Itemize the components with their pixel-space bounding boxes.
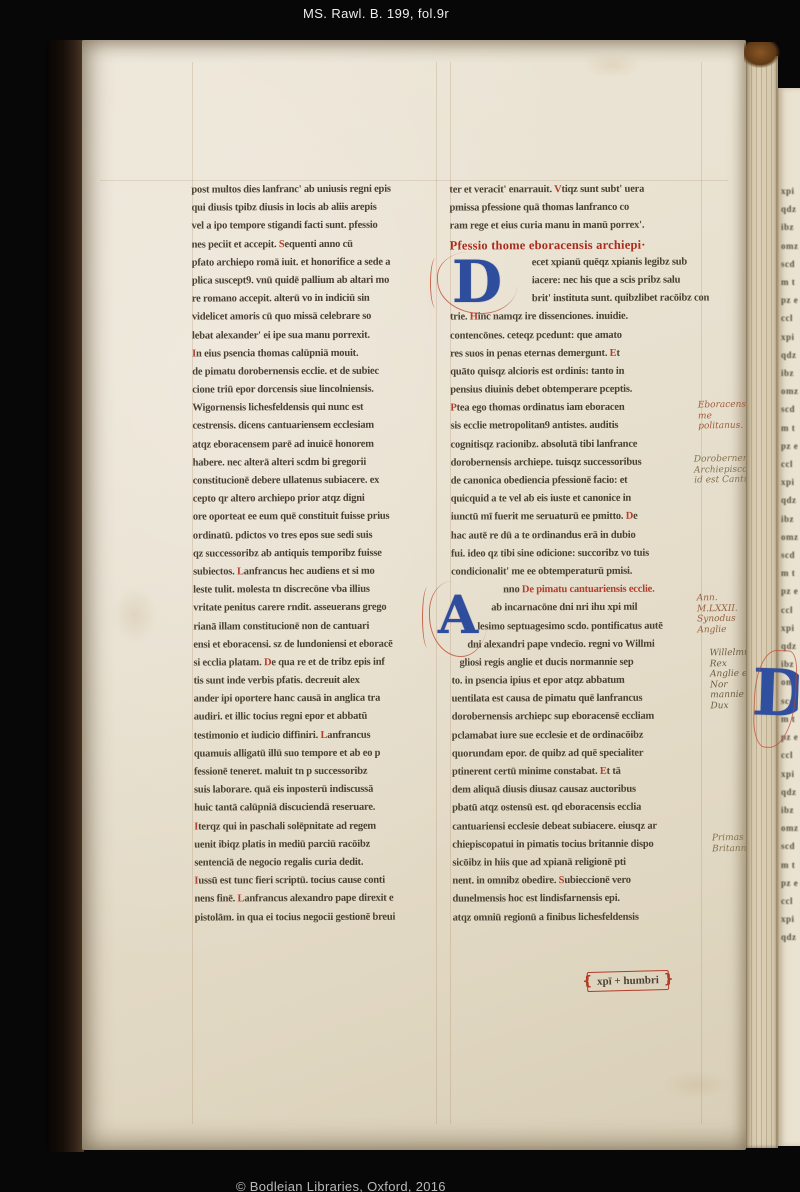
copyright-caption: © Bodleian Libraries, Oxford, 2016: [236, 1179, 446, 1192]
manuscript-line: plica suscept9. vnū quidē pallium ab alt…: [192, 271, 438, 290]
manuscript-line: quicquid a te vel ab eis iuste et canoni…: [451, 490, 703, 509]
manuscript-line: habere. nec alterā alteri scdm bi gregor…: [193, 453, 439, 472]
manuscript-line: post multos dies lanfranc' ab uniusis re…: [191, 180, 437, 199]
manuscript-line: uenit ibiqz platis in mediū parciū racōi…: [194, 835, 440, 854]
manuscript-line: res suos in penas eternas demergunt. Et: [450, 344, 702, 363]
manuscript-line: subiectos. Lanfrancus hec audiens et si …: [193, 562, 439, 581]
manuscript-line: cantuariensi ecclesie debeat subiacere. …: [452, 817, 704, 836]
manuscript-line: pclamabat iure sue ecclesie et de ordina…: [452, 726, 704, 745]
manuscript-page: post multos dies lanfranc' ab uniusis re…: [82, 40, 746, 1150]
manuscript-line: nes peciit et accepit. Sequenti anno cū: [192, 235, 438, 254]
manuscript-line: ensi et eboracensi. sz de lundoniensi et…: [193, 635, 439, 654]
manuscript-line: gliosi regis anglie et ducis normannie s…: [451, 653, 703, 672]
manuscript-line: de pimatu dorobernensis ecclie. et de su…: [192, 362, 438, 381]
manuscript-line: chiepiscopatui in pimatis tocius britann…: [452, 835, 704, 854]
manuscript-line: to. in psencia ipius et epor atqz abbatu…: [452, 672, 704, 691]
parchment-stain: [662, 1070, 732, 1100]
manuscript-line: ab incarnacōne dni nri ihu xpi mil: [451, 599, 703, 618]
manuscript-line: Iussū est tunc fieri scriptū. tocius cau…: [194, 872, 440, 891]
manuscript-line: testimonio et iudicio diffiniri. Lanfran…: [194, 726, 440, 745]
manuscript-line: cognitisqz racionibz. absolutā tibi lanf…: [450, 435, 702, 454]
manuscript-line: sis ecclie metropolitan9 antistes. audit…: [450, 417, 702, 436]
manuscript-line: dni alexandri pape vndecīo. regni vo Wil…: [451, 635, 703, 654]
manuscript-line: ter et veracit' enarrauit. Vtiqz sunt su…: [449, 180, 701, 199]
image-caption: MS. Rawl. B. 199, fol.9r: [303, 6, 449, 21]
manuscript-line: leste tulit. molesta tn discrecōne vba i…: [193, 581, 439, 600]
catchword-box: xpī + humbri: [587, 970, 669, 992]
parchment-damage-spot: [744, 42, 780, 68]
manuscript-line: lesimo septuagesimo scdo. pontificatus a…: [451, 617, 703, 636]
manuscript-line: nno De pimatu cantuariensis ecclie.: [451, 581, 703, 600]
manuscript-line: sicōibz in hiis que ad xpianā religionē …: [452, 853, 704, 872]
next-folio-text-fragment: xpi qdz ibz omz scdm tpz eccl xpi qdz ib…: [781, 182, 800, 942]
manuscript-line: hac autē re dū a te ordinandus erā in du…: [451, 526, 703, 545]
manuscript-viewer-screenshot: { "viewer": { "title": "MS. Rawl. B. 199…: [0, 0, 800, 1192]
manuscript-line: Ptea ego thomas ordinatus iam eboracen: [450, 399, 702, 418]
manuscript-line: cepto qr altero archiepo prior atqz dign…: [193, 490, 439, 509]
manuscript-line: sentenciā de negocio regalis curia dedit…: [194, 853, 440, 872]
manuscript-line: cione triū epor dorcensis siue lincolnie…: [192, 381, 438, 400]
manuscript-line: qui diusis tpibz diusis in locis ab alii…: [191, 199, 437, 218]
manuscript-line: nent. in omnibz obedire. Subieccionē ver…: [452, 872, 704, 891]
illuminated-initial-a: A: [429, 581, 487, 657]
manuscript-line: constitucionē debere ullatenus subiacere…: [193, 471, 439, 490]
manuscript-line: vritate penitus carere rndit. asseuerans…: [193, 599, 439, 618]
manuscript-line: atqz omniū regionū a finibus lichesfelde…: [453, 908, 705, 927]
manuscript-line: quorundam epor. de quibz ad quē speciali…: [452, 744, 704, 763]
manuscript-line: dorobernensis archiepc sup eboracensē ec…: [452, 708, 704, 727]
parchment-stain: [582, 52, 642, 78]
manuscript-line: condicionalit' me ee obtemperaturū pmisi…: [451, 562, 703, 581]
manuscript-line: qz successoribz ab antiquis temporibz fu…: [193, 544, 439, 563]
manuscript-line: pmissa pfessione quā thomas lanfranco co: [449, 199, 701, 218]
manuscript-line: ordinatū. pdictos vo tres epos sue sedi …: [193, 526, 439, 545]
book-fore-edge: [746, 56, 778, 1148]
manuscript-line: quamuis alligatū illū suo tempore et ab …: [194, 744, 440, 763]
penwork-flourish: [422, 587, 433, 648]
manuscript-line: ander ipi oportere hanc causā in anglica…: [194, 690, 440, 709]
manuscript-line: lebat alexander' ei ipe sua manu porrexi…: [192, 326, 438, 345]
manuscript-line: contencōnes. ceteqz pcedunt: que amato: [450, 326, 702, 345]
next-folio-illuminated-initial: D: [750, 647, 800, 751]
manuscript-line: Wigornensis lichesfeldensis qui nunc est: [192, 399, 438, 418]
manuscript-line: tis sunt inde verbis pfatis. decreuit al…: [194, 672, 440, 691]
penwork-flourish: [430, 258, 441, 308]
manuscript-line: vel a ipo tempore stigandi facti sunt. p…: [192, 217, 438, 236]
manuscript-line: ram rege et eius curia manu in manū porr…: [450, 217, 702, 236]
manuscript-line: huic tantā calūpniā discuciendā reseruar…: [194, 799, 440, 818]
manuscript-line: quāto quisqz alcioris est ordinis: tanto…: [450, 362, 702, 381]
manuscript-line: nens finē. Lanfrancus alexandro pape dir…: [194, 890, 440, 909]
manuscript-line: uentilata est causa de pimatu quē lanfra…: [452, 690, 704, 709]
manuscript-line: rianā illam constitucionē non de cantuar…: [193, 617, 439, 636]
text-column-left: post multos dies lanfranc' ab uniusis re…: [191, 180, 440, 927]
manuscript-line: dunelmensis hoc est lindisfarnensis epi.: [452, 890, 704, 909]
manuscript-line: pistolām. in qua ei tocius negocii gesti…: [195, 908, 441, 927]
manuscript-line: pensius diuinis debet obtemperare pcepti…: [450, 381, 702, 400]
manuscript-line: de canonica obediencia pfessionē facio: …: [451, 471, 703, 490]
manuscript-line: fui. ideo qz tibi sine odicione: succori…: [451, 544, 703, 563]
manuscript-line: audiri. et illic tocius regni epor et ab…: [194, 708, 440, 727]
manuscript-line: iunctū mī fuerit me seruaturū ee pmitto.…: [451, 508, 703, 527]
manuscript-line: dorobernensis archiepe. tuisqz successor…: [451, 453, 703, 472]
manuscript-line: pfato archiepo romā iuit. et honorifice …: [192, 253, 438, 272]
manuscript-line: ore oporteat ee eum quē constituit fuiss…: [193, 508, 439, 527]
manuscript-line: atqz eboracensem parē ad inuicē honorem: [192, 435, 438, 454]
manuscript-line: In eius psencia thomas calūpniā mouit.: [192, 344, 438, 363]
marginal-note-synodus: Ann. M.LXXII. Synodus Anglie: [697, 593, 747, 636]
manuscript-line: cestrensis. dicens cantuariensem ecclesi…: [192, 417, 438, 436]
manuscript-line: ptinerent certū minime constabat. Et tā: [452, 762, 704, 781]
book-binding-edge: [46, 40, 84, 1152]
manuscript-line: videlicet amoris cū quo missā celebrare …: [192, 308, 438, 327]
manuscript-line: Iterqz qui in paschali solēpnitate ad re…: [194, 817, 440, 836]
manuscript-line: pbatū atqz ostensū est. qd eboracensis e…: [452, 799, 704, 818]
manuscript-line: suis laborare. quā eis inposterū indiscu…: [194, 781, 440, 800]
manuscript-line: re romano accepit. alterū vo in indiciū …: [192, 290, 438, 309]
manuscript-line: dem aliquā diusis diusaz causaz auctorib…: [452, 781, 704, 800]
illuminated-initial-d: D: [437, 252, 517, 314]
manuscript-line: si ecclia platam. De qua re et de tribz …: [193, 653, 439, 672]
parchment-stain: [112, 585, 158, 645]
manuscript-line: fessionē teneret. maluit tn p successori…: [194, 762, 440, 781]
